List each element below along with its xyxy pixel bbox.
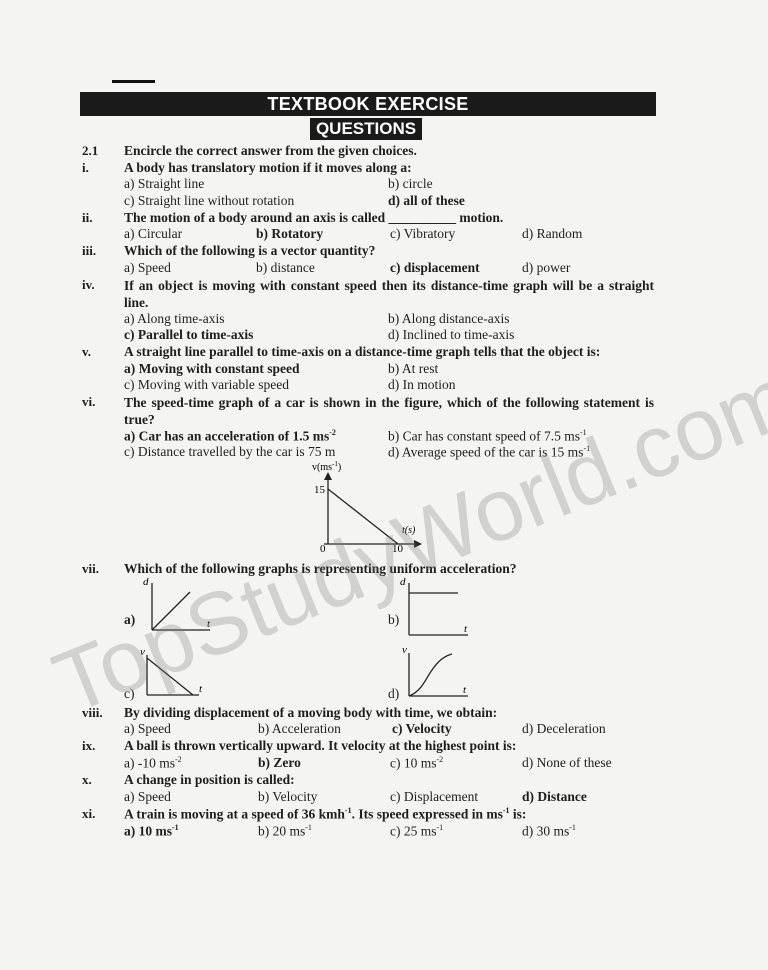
option-answer: a) Car has an acceleration of 1.5 ms-2 [124,428,336,445]
question-number: x. [82,772,92,788]
option: b) Acceleration [258,721,341,737]
svg-text:d: d [143,576,149,588]
y-tick: 15 [314,484,326,496]
y-axis-label: v(ms-1) [312,460,341,473]
question-number: xi. [82,806,95,822]
graph-b-horizontal: d t [400,575,480,640]
option: d) Inclined to time-axis [388,327,514,343]
graph-c-decreasing: v t [135,645,215,700]
option-answer: d) all of these [388,193,465,209]
option-answer: a) 10 ms-1 [124,823,179,840]
svg-text:t: t [207,618,211,630]
option: a) Along time-axis [124,311,224,327]
question-text: A straight line parallel to time-axis on… [124,344,600,360]
option: a) Straight line [124,176,204,192]
option: b) circle [388,176,433,192]
option: b) distance [256,260,315,276]
option: c) 25 ms-1 [390,823,443,840]
graph-d-curve: v t [400,643,480,700]
option: a) Speed [124,789,171,805]
question-number: vi. [82,394,95,410]
option: c) Vibratory [390,226,455,242]
question-number: iv. [82,277,95,293]
svg-text:v: v [140,646,145,658]
page-subtitle: QUESTIONS [310,118,422,140]
option: c) Displacement [390,789,478,805]
option-answer: c) displacement [390,260,480,276]
question-number: ix. [82,738,95,754]
option: b) Car has constant speed of 7.5 ms-1 [388,428,587,445]
option: d) Deceleration [522,721,606,737]
top-rule [112,80,155,83]
option: b) Velocity [258,789,317,805]
question-number: v. [82,344,91,360]
option: d) Random [522,226,582,242]
question-number: iii. [82,243,96,259]
option-answer: c) Parallel to time-axis [124,327,253,343]
option: d) In motion [388,377,456,393]
option-answer: d) Distance [522,789,587,805]
option: c) Moving with variable speed [124,377,289,393]
option: c) Straight line without rotation [124,193,294,209]
x-axis-label: t(s) [402,525,416,536]
page-title: TEXTBOOK EXERCISE [80,92,656,116]
svg-text:d: d [400,576,406,588]
speed-line [328,489,398,544]
question-text: By dividing displacement of a moving bod… [124,705,497,721]
question-text: A train is moving at a speed of 36 kmh-1… [124,806,526,823]
question-text: A ball is thrown vertically upward. It v… [124,738,516,754]
svg-text:t: t [464,623,468,635]
option: a) Speed [124,260,171,276]
svg-text:t: t [463,684,467,696]
question-number: ii. [82,210,92,226]
option-label: a) [124,612,135,628]
option: a) Circular [124,226,182,242]
origin-label: 0 [320,543,326,554]
question-text: A change in position is called: [124,772,295,788]
option: b) At rest [388,361,438,377]
question-number: vii. [82,561,99,577]
question-number: viii. [82,705,103,721]
question-number: i. [82,160,89,176]
option: c) 10 ms-2 [390,755,443,772]
question-text: Which of the following is a vector quant… [124,243,375,259]
option: d) None of these [522,755,612,771]
option-answer: c) Velocity [392,721,452,737]
option-label: c) [124,686,135,702]
svg-text:v: v [402,644,407,656]
graph-a-linear: d t [140,575,220,635]
speed-time-graph: v(ms-1) 15 0 10 t(s) [290,458,440,554]
option: a) Speed [124,721,171,737]
option-label: d) [388,686,399,702]
option-answer: b) Zero [258,755,301,771]
section-instruction: Encircle the correct answer from the giv… [124,143,417,159]
x-tick: 10 [392,543,404,554]
option-answer: a) Moving with constant speed [124,361,300,377]
option: d) 30 ms-1 [522,823,576,840]
question-text: The speed-time graph of a car is shown i… [124,394,654,428]
question-text: A body has translatory motion if it move… [124,160,412,176]
option: b) Along distance-axis [388,311,509,327]
question-text: If an object is moving with constant spe… [124,277,654,311]
section-number: 2.1 [82,143,98,159]
option-answer: b) Rotatory [256,226,323,242]
option: d) power [522,260,570,276]
question-text: The motion of a body around an axis is c… [124,210,503,226]
option: a) -10 ms-2 [124,755,182,772]
option: b) 20 ms-1 [258,823,312,840]
svg-text:t: t [199,683,203,695]
option-label: b) [388,612,399,628]
